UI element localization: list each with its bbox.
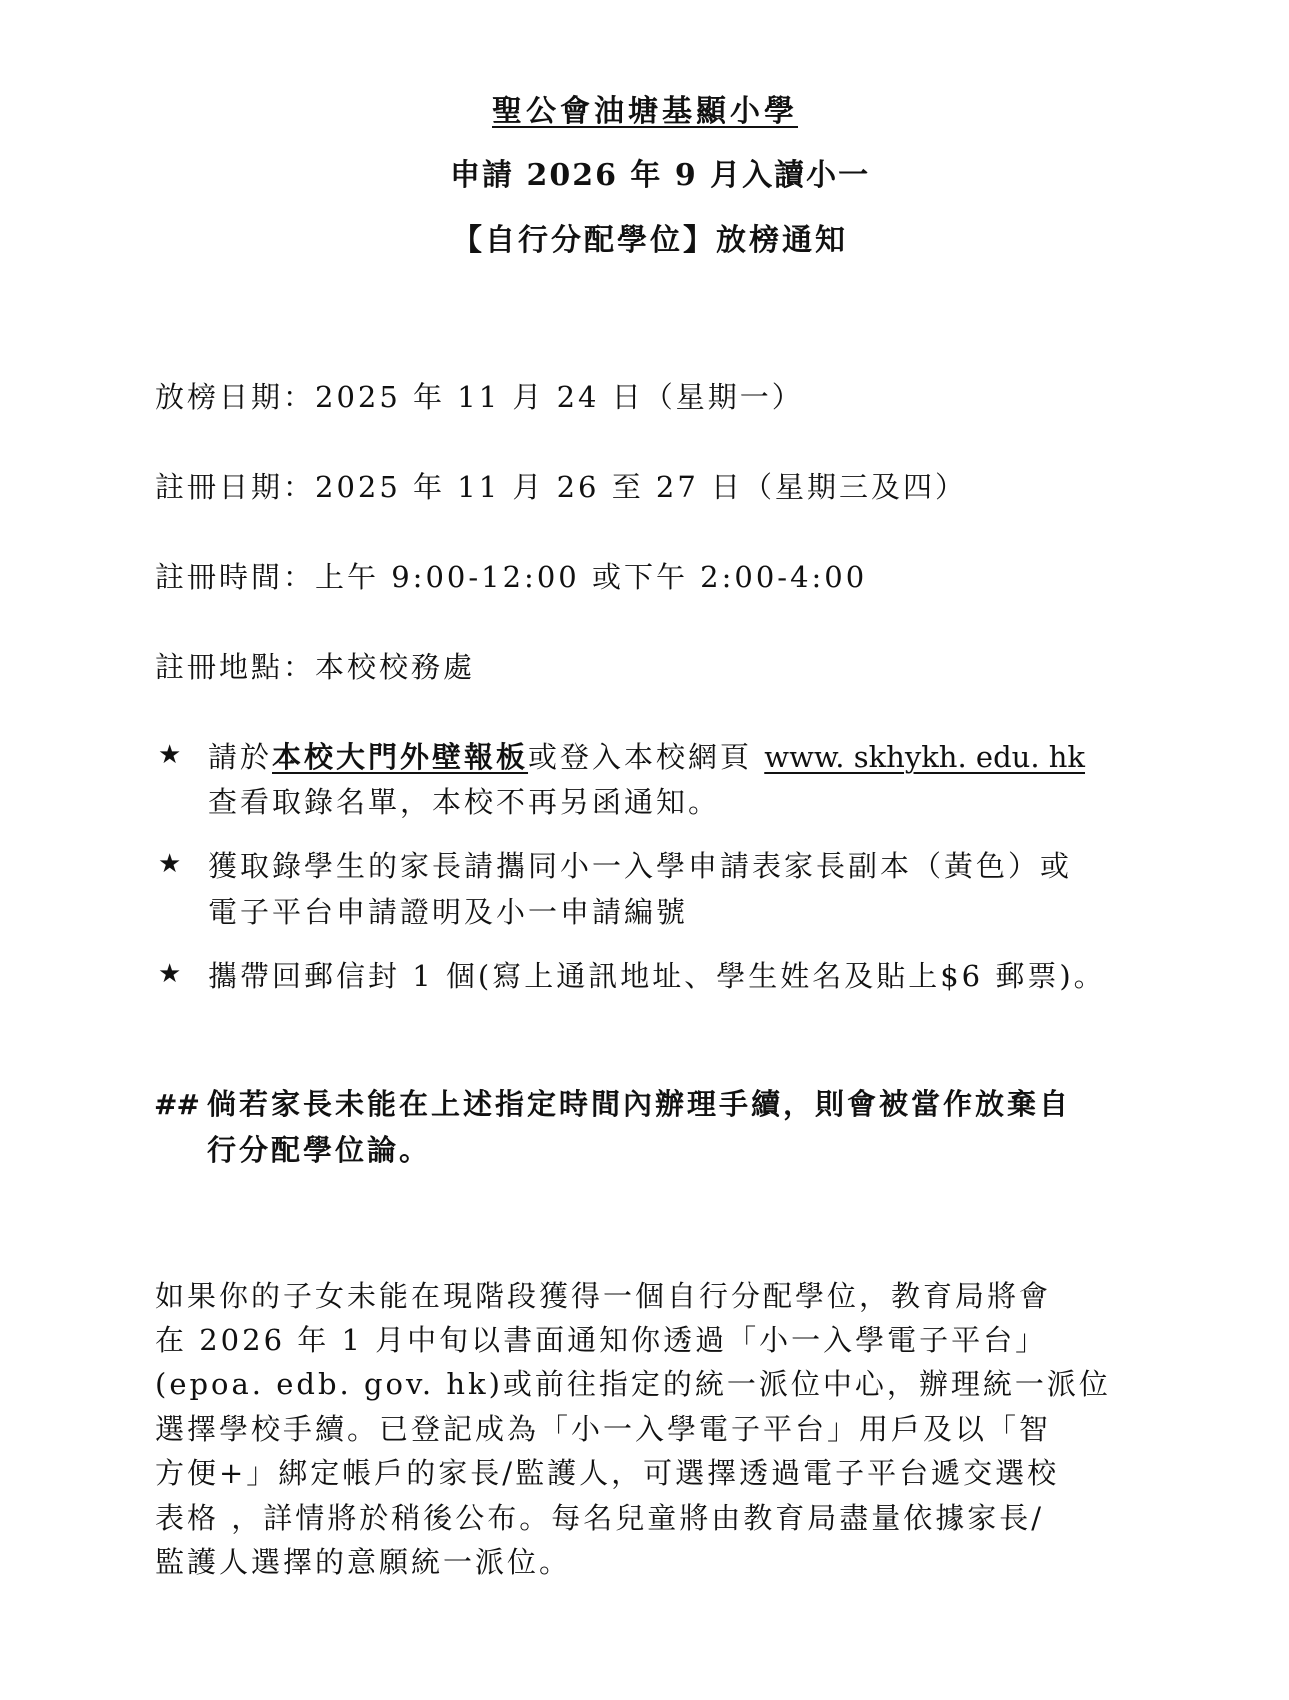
registration-time-row: 註冊時間：上午 9:00-12:00 或下午 2:00-4:00 bbox=[155, 563, 867, 592]
registration-date-label: 註冊日期： bbox=[155, 470, 315, 504]
bullet-1-line-1: 請於本校大門外壁報板或登入本校網頁 www. skhykh. edu. hk bbox=[208, 743, 1085, 772]
registration-time-label: 註冊時間： bbox=[155, 560, 315, 594]
admission-subtitle: 申請 2026 年 9 月入讀小一 bbox=[450, 161, 870, 191]
registration-venue-row: 註冊地點：本校校務處 bbox=[155, 653, 475, 682]
bullet-2-line-2: 電子平台申請證明及小一申請編號 bbox=[208, 898, 688, 927]
paragraph-line: 表格 ，詳情將於稍後公布。每名兒童將由教育局盡量依據家長/ bbox=[155, 1504, 1044, 1533]
star-bullet-icon: ★ bbox=[158, 742, 181, 768]
release-date-label: 放榜日期： bbox=[155, 380, 315, 414]
bullet-3-line-1: 攜帶回郵信封 1 個(寫上通訊地址、學生姓名及貼上$6 郵票)。 bbox=[208, 962, 1106, 991]
release-date-row: 放榜日期：2025 年 11 月 24 日（星期一） bbox=[155, 383, 804, 412]
bullet-2-line-1: 獲取錄學生的家長請攜同小一入學申請表家長副本（黃色）或 bbox=[208, 852, 1072, 881]
star-bullet-icon: ★ bbox=[158, 961, 181, 987]
warning-line-1: 倘若家長未能在上述指定時間內辦理手續，則會被當作放棄自 bbox=[207, 1090, 1071, 1119]
paragraph-line: 方便+」綁定帳戶的家長/監護人，可選擇透過電子平台遞交選校 bbox=[155, 1459, 1059, 1488]
registration-time-value: 上午 9:00-12:00 或下午 2:00-4:00 bbox=[315, 560, 867, 594]
registration-date-row: 註冊日期：2025 年 11 月 26 至 27 日（星期三及四） bbox=[155, 473, 967, 502]
paragraph-line: 如果你的子女未能在現階段獲得一個自行分配學位，教育局將會 bbox=[155, 1282, 1051, 1311]
star-bullet-icon: ★ bbox=[158, 851, 181, 877]
school-website-link[interactable]: www. skhykh. edu. hk bbox=[764, 740, 1085, 774]
release-date-value: 2025 年 11 月 24 日（星期一） bbox=[315, 380, 804, 414]
registration-date-value: 2025 年 11 月 26 至 27 日（星期三及四） bbox=[315, 470, 967, 504]
registration-venue-value: 本校校務處 bbox=[315, 650, 475, 684]
bullet-1-pre: 請於 bbox=[208, 740, 272, 774]
paragraph-line: (epoa. edb. gov. hk)或前往指定的統一派位中心，辦理統一派位 bbox=[155, 1370, 1111, 1399]
bullet-1-mid: 或登入本校網頁 bbox=[528, 740, 764, 774]
paragraph-line: 選擇學校手續。已登記成為「小一入學電子平台」用戶及以「智 bbox=[155, 1415, 1051, 1444]
warning-line-2: 行分配學位論。 bbox=[207, 1136, 431, 1165]
paragraph-line: 監護人選擇的意願統一派位。 bbox=[155, 1548, 571, 1577]
school-name-heading: 聖公會油塘基顯小學 bbox=[492, 97, 798, 127]
notice-title: 【自行分配學位】放榜通知 bbox=[452, 226, 848, 256]
registration-venue-label: 註冊地點： bbox=[155, 650, 315, 684]
paragraph-line: 在 2026 年 1 月中旬以書面通知你透過「小一入學電子平台」 bbox=[155, 1326, 1047, 1355]
notice-board-location: 本校大門外壁報板 bbox=[272, 740, 528, 774]
bullet-1-line-2: 查看取錄名單，本校不再另函通知。 bbox=[208, 788, 720, 817]
double-hash-icon: ## bbox=[154, 1091, 199, 1119]
